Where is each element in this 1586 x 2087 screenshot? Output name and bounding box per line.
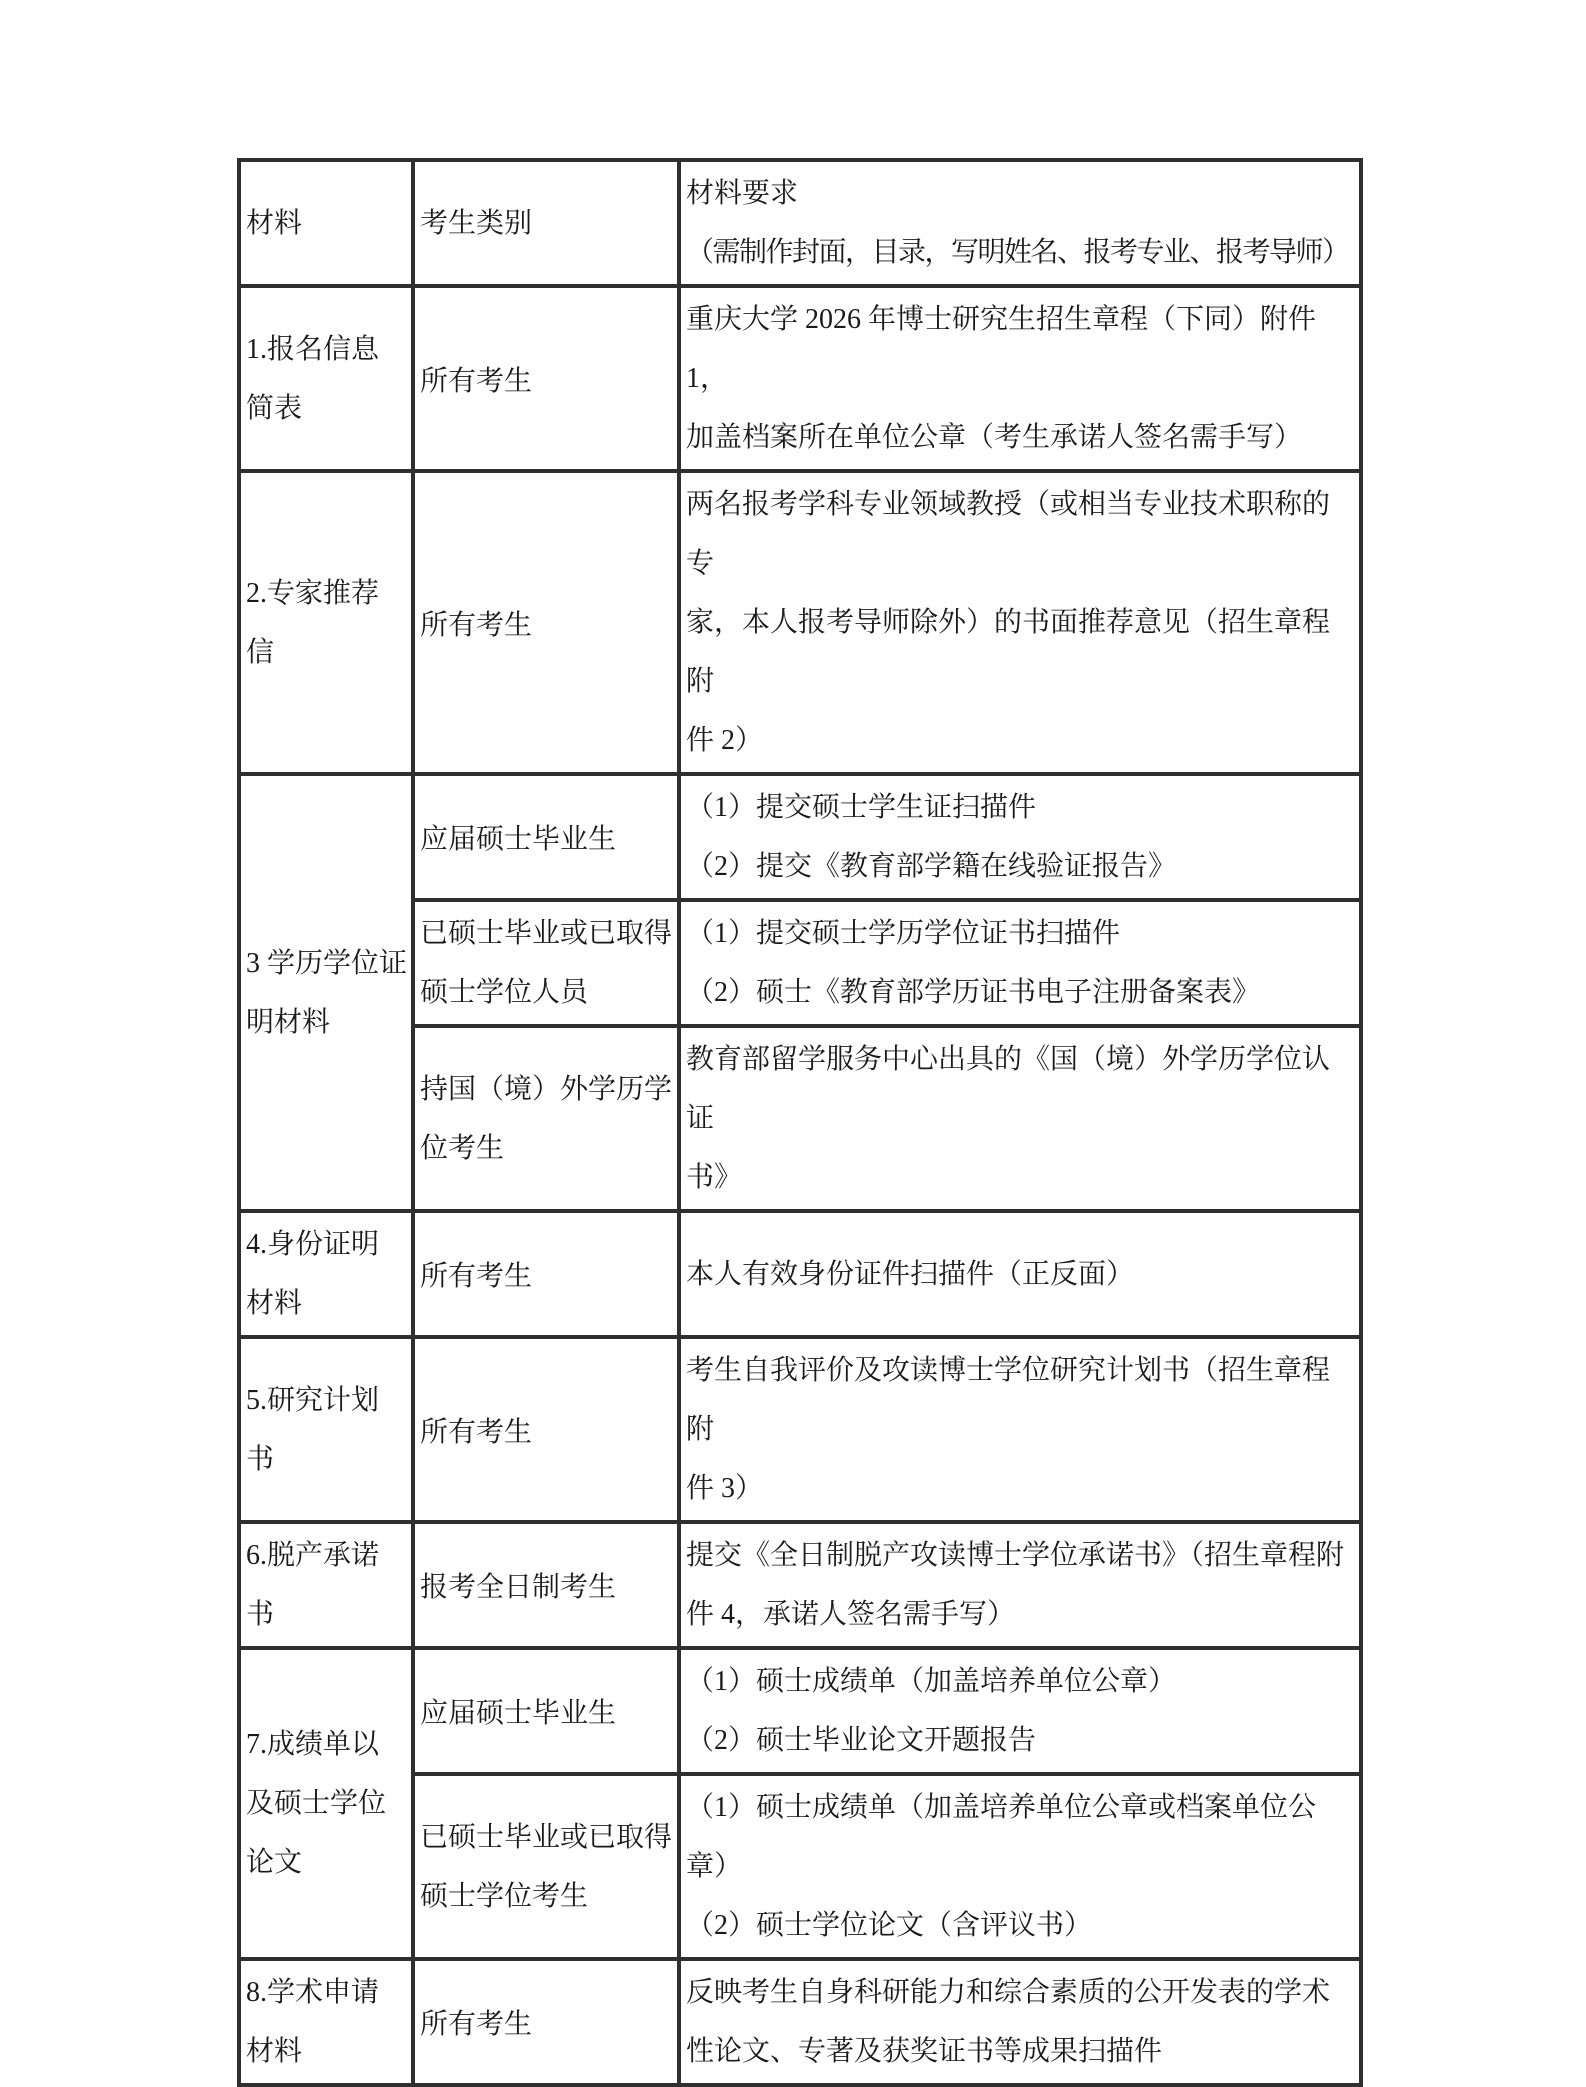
category-cell: 报考全日制考生 (413, 1522, 679, 1648)
table-row: 4.身份证明材料 所有考生 本人有效身份证件扫描件（正反面） (239, 1211, 1361, 1337)
header-material-label: 材料 (246, 194, 409, 253)
category-cell: 已硕士毕业或已取得硕士学位考生 (413, 1774, 679, 1959)
requirement-cell: 两名报考学科专业领域教授（或相当专业技术职称的专家，本人报考导师除外）的书面推荐… (679, 471, 1361, 774)
header-requirement-note: （需制作封面，目录，写明姓名、报考专业、报考导师） (686, 223, 1357, 282)
table-row: 1.报名信息简表 所有考生 重庆大学 2026 年博士研究生招生章程（下同）附件… (239, 286, 1361, 471)
header-material: 材料 (239, 160, 413, 286)
category-cell: 所有考生 (413, 1337, 679, 1522)
material-cell: 4.身份证明材料 (239, 1211, 413, 1337)
material-cell: 8.学术申请材料 (239, 1959, 413, 2085)
category-cell: 所有考生 (413, 1959, 679, 2085)
material-cell: 2.专家推荐信 (239, 471, 413, 774)
table-row: 6.脱产承诺书 报考全日制考生 提交《全日制脱产攻读博士学位承诺书》（招生章程附… (239, 1522, 1361, 1648)
material-cell: 6.脱产承诺书 (239, 1522, 413, 1648)
material-cell: 3 学历学位证明材料 (239, 774, 413, 1211)
requirement-cell: 重庆大学 2026 年博士研究生招生章程（下同）附件 1，加盖档案所在单位公章（… (679, 286, 1361, 471)
material-cell: 1.报名信息简表 (239, 286, 413, 471)
category-cell: 持国（境）外学历学位考生 (413, 1026, 679, 1211)
category-cell: 所有考生 (413, 471, 679, 774)
table-row: 3 学历学位证明材料 应届硕士毕业生 （1）提交硕士学生证扫描件（2）提交《教育… (239, 774, 1361, 900)
requirement-cell: （1）提交硕士学生证扫描件（2）提交《教育部学籍在线验证报告》 (679, 774, 1361, 900)
requirement-cell: 教育部留学服务中心出具的《国（境）外学历学位认证书》 (679, 1026, 1361, 1211)
requirement-cell: 提交《全日制脱产攻读博士学位承诺书》（招生章程附件 4，承诺人签名需手写） (679, 1522, 1361, 1648)
requirement-cell: （1）提交硕士学历学位证书扫描件（2）硕士《教育部学历证书电子注册备案表》 (679, 900, 1361, 1026)
material-cell: 7.成绩单以及硕士学位论文 (239, 1648, 413, 1959)
table-row: 7.成绩单以及硕士学位论文 应届硕士毕业生 （1）硕士成绩单（加盖培养单位公章）… (239, 1648, 1361, 1774)
header-requirement-title: 材料要求 (686, 164, 1357, 223)
requirement-cell: （1）硕士成绩单（加盖培养单位公章或档案单位公章）（2）硕士学位论文（含评议书） (679, 1774, 1361, 1959)
header-category: 考生类别 (413, 160, 679, 286)
category-cell: 所有考生 (413, 286, 679, 471)
category-cell: 应届硕士毕业生 (413, 1648, 679, 1774)
requirement-cell: 本人有效身份证件扫描件（正反面） (679, 1211, 1361, 1337)
table-row: 8.学术申请材料 所有考生 反映考生自身科研能力和综合素质的公开发表的学术性论文… (239, 1959, 1361, 2085)
category-cell: 已硕士毕业或已取得硕士学位人员 (413, 900, 679, 1026)
table-header-row: 材料 考生类别 材料要求 （需制作封面，目录，写明姓名、报考专业、报考导师） (239, 160, 1361, 286)
materials-table: 材料 考生类别 材料要求 （需制作封面，目录，写明姓名、报考专业、报考导师） 1… (237, 158, 1363, 2087)
category-cell: 应届硕士毕业生 (413, 774, 679, 900)
requirement-cell: 考生自我评价及攻读博士学位研究计划书（招生章程附件 3） (679, 1337, 1361, 1522)
header-requirement: 材料要求 （需制作封面，目录，写明姓名、报考专业、报考导师） (679, 160, 1361, 286)
document-page: 材料 考生类别 材料要求 （需制作封面，目录，写明姓名、报考专业、报考导师） 1… (0, 0, 1586, 1811)
category-cell: 所有考生 (413, 1211, 679, 1337)
header-category-label: 考生类别 (420, 194, 675, 253)
requirement-cell: 反映考生自身科研能力和综合素质的公开发表的学术性论文、专著及获奖证书等成果扫描件 (679, 1959, 1361, 2085)
requirement-cell: （1）硕士成绩单（加盖培养单位公章）（2）硕士毕业论文开题报告 (679, 1648, 1361, 1774)
material-cell: 5.研究计划书 (239, 1337, 413, 1522)
table-row: 5.研究计划书 所有考生 考生自我评价及攻读博士学位研究计划书（招生章程附件 3… (239, 1337, 1361, 1522)
table-row: 2.专家推荐信 所有考生 两名报考学科专业领域教授（或相当专业技术职称的专家，本… (239, 471, 1361, 774)
